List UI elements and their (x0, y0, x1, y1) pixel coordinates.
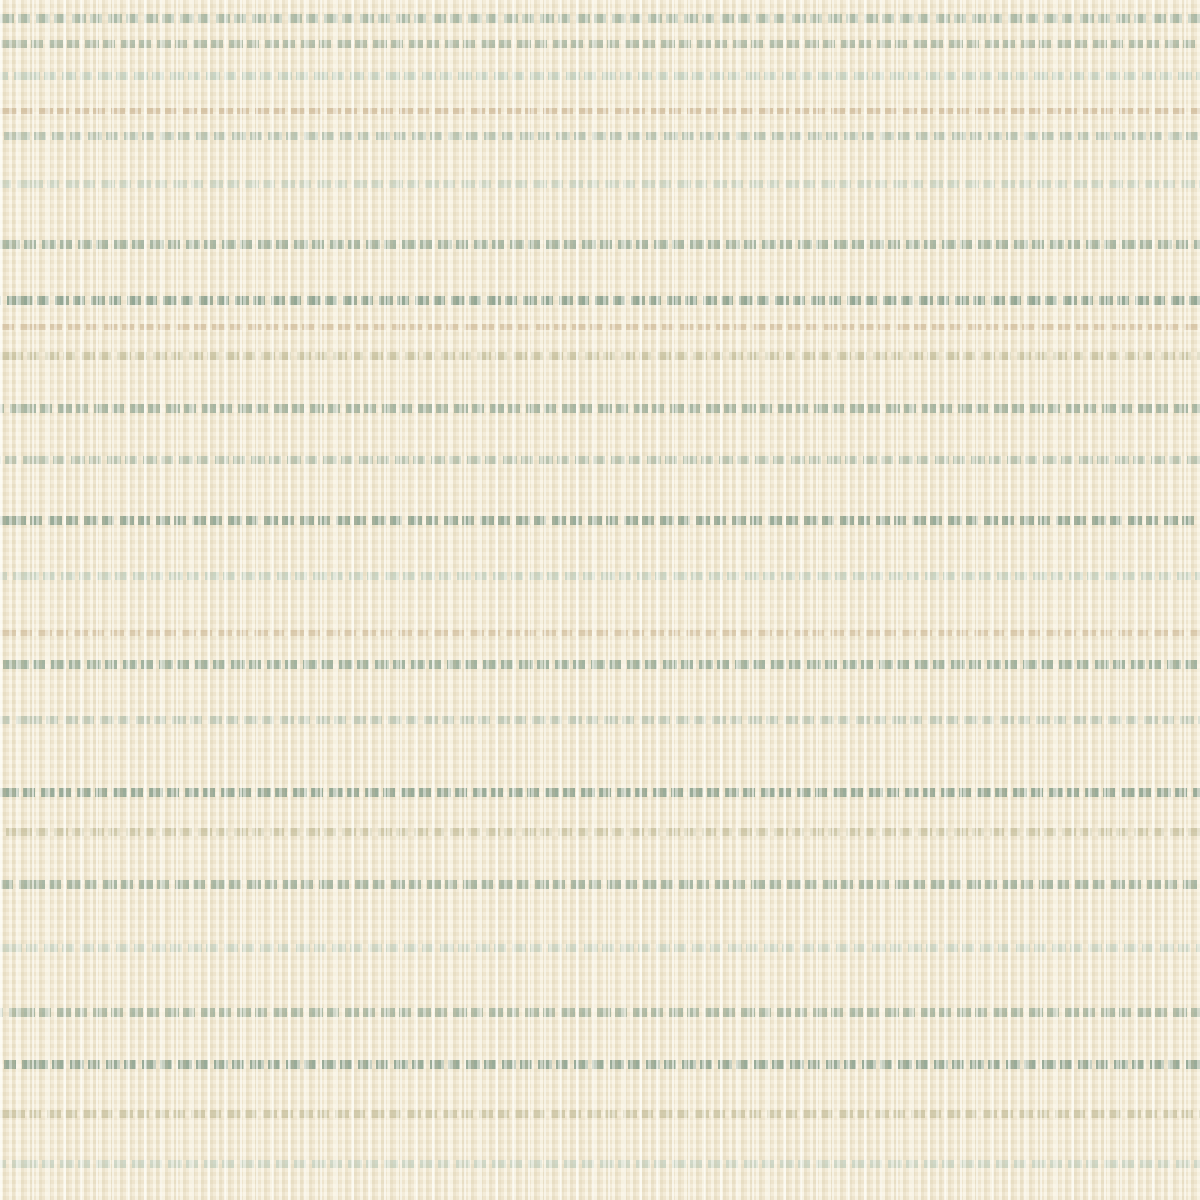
warp-highlights (0, 0, 1200, 1200)
fabric-texture-photo (0, 0, 1200, 1200)
